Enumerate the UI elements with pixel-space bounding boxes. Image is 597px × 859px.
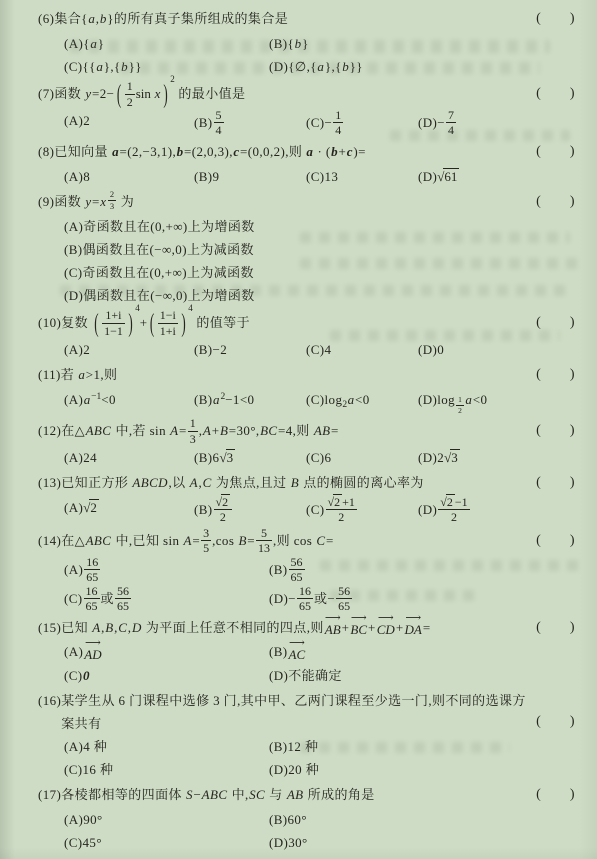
option-D: (D)30° [269,831,575,854]
radical: √2 [216,495,231,509]
option-label: (B) [194,115,213,130]
answer-bracket: ( ) [528,140,575,165]
question-number: (16) [38,689,61,712]
option-D: (D)log12a<0 [418,388,575,415]
option-label: (C) [64,59,83,74]
option-D: (D)0 [418,338,575,361]
option-C: (C)−14 [306,109,418,138]
exam-paper-page: (6)集合{a,b}的所有真子集所组成的集合是( )(A){a}(B){b}(C… [0,0,597,859]
option-D: (D)−1665或−5665 [269,585,575,614]
option-label: (B) [269,562,288,577]
fraction: 23 [108,190,116,211]
options: (A)√2(B)√22(C)√2+12(D)√2−12 [38,496,575,525]
question-text: 函数 y=x23 为 [54,190,134,213]
option-C: (C)log2a<0 [306,388,418,415]
option-label: (D) [64,288,83,303]
option-B: (B)9 [194,165,306,188]
option-A: (A){a} [64,32,269,55]
option-C: (C)0 [64,664,269,687]
option-B: (B)√22 [194,496,306,525]
radical: √2 [328,495,343,509]
option-A: (A)2 [64,109,194,138]
question-8: (8)已知向量 a=(2,−3,1),b=(2,0,3),c=(0,0,2),则… [38,140,575,188]
option-D: (D)20 种 [269,758,575,781]
option-label: (C) [64,762,83,777]
option-label: (A) [64,219,83,234]
option-A: (A)8 [64,165,194,188]
answer-bracket: ( ) [528,783,575,808]
option-A: (A)24 [64,446,194,469]
option-label: (A) [64,113,83,128]
option-label: (A) [64,392,83,407]
fraction: 13 [188,417,198,446]
fraction: √22 [214,496,233,525]
option-label: (B) [194,450,213,465]
option-label: (A) [64,36,83,51]
option-label: (A) [64,169,83,184]
option-label: (A) [64,644,83,659]
question-text: 已知正方形 ABCD,以 A,C 为焦点,且过 B 点的椭圆的离心率为 [61,471,424,494]
option-label: (D) [418,169,437,184]
question-stem: (6)集合{a,b}的所有真子集所组成的集合是( ) [38,7,575,32]
question-14: (14)在△ABC 中,已知 sin A=35,cos B=513,则 cos … [38,527,575,614]
question-15: (15)已知 A,B,C,D 为平面上任意不相同的四点,则⟶AB+⟶BC+⟶CD… [38,616,575,687]
option-D: (D)√61 [418,165,575,188]
option-label: (D) [418,502,437,517]
option-A: (A)4 种 [64,735,269,758]
option-label: (B) [194,392,213,407]
option-label: (C) [306,450,325,465]
fraction: 1665 [297,585,313,614]
question-17: (17)各棱都相等的四面体 S−ABC 中,SC 与 AB 所成的角是( )(A… [38,783,575,854]
option-label: (A) [64,450,83,465]
answer-bracket: ( ) [528,82,575,107]
options: (A)1665(B)5665(C)1665或5665(D)−1665或−5665 [38,556,575,614]
question-text: 在△ABC 中,若 sin A=13,A+B=30°,BC=4,则 AB= [61,417,338,446]
option-A: (A)√2 [64,496,194,525]
fraction: 14 [333,109,343,138]
option-label: (B) [194,342,213,357]
option-B: (B)60° [269,808,575,831]
vector: ⟶DA [405,616,422,637]
question-text: 若 a>1,则 [61,363,118,386]
option-B: (B)−2 [194,338,306,361]
radical: √3 [219,450,235,465]
question-text: 集合{a,b}的所有真子集所组成的集合是 [54,7,288,30]
option-C: (C)1665或5665 [64,585,269,614]
option-D: (D)2√3 [418,446,575,469]
option-label: (D) [269,668,288,683]
options: (A)⟶AD(B)⟶AC(C)0(D)不能确定 [38,640,575,686]
question-text: 某学生从 6 门课程中选修 3 门,其中甲、乙两门课程至少选一门,则不同的选课方… [61,689,528,735]
answer-bracket: ( ) [528,529,575,554]
answer-bracket: ( ) [528,419,575,444]
options: (A)a−1<0(B)a2−1<0(C)log2a<0(D)log12a<0 [38,388,575,415]
options: (A)2(B)−2(C)4(D)0 [38,338,575,361]
option-C: (C)13 [306,165,418,188]
vector: ⟶CD [377,616,395,637]
radical: √3 [444,450,460,465]
question-text: 已知向量 a=(2,−3,1),b=(2,0,3),c=(0,0,2),则 a … [54,140,366,163]
option-label: (B) [194,169,213,184]
option-label: (D) [418,115,437,130]
radical: √2 [83,500,99,515]
option-D: (D)−74 [418,109,575,138]
fraction: 54 [214,109,224,138]
option-label: (A) [64,812,83,827]
option-label: (C) [306,115,325,130]
question-stem: (10)复数 (1+i1−1)4+(1−i1+i)4 的值等于( ) [38,309,575,338]
option-A: (A)1665 [64,556,269,585]
question-text: 各棱都相等的四面体 S−ABC 中,SC 与 AB 所成的角是 [61,783,374,806]
answer-bracket: ( ) [528,190,575,215]
question-list: (6)集合{a,b}的所有真子集所组成的集合是( )(A){a}(B){b}(C… [38,7,575,854]
question-number: (11) [38,363,61,386]
question-16: (16)某学生从 6 门课程中选修 3 门,其中甲、乙两门课程至少选一门,则不同… [38,689,575,782]
question-number: (14) [38,529,61,552]
option-C: (C)√2+12 [306,496,418,525]
options: (A)24(B)6√3(C)6(D)2√3 [38,446,575,469]
answer-bracket: ( ) [528,616,575,641]
question-stem: (13)已知正方形 ABCD,以 A,C 为焦点,且过 B 点的椭圆的离心率为(… [38,471,575,496]
option-C: (C)6 [306,446,418,469]
option-label: (B) [269,36,288,51]
question-10: (10)复数 (1+i1−1)4+(1−i1+i)4 的值等于( )(A)2(B… [38,309,575,361]
option-label: (C) [64,835,83,850]
option-label: (B) [269,739,288,754]
option-label: (B) [64,242,83,257]
fraction: 12 [456,396,464,415]
answer-bracket: ( ) [528,710,575,735]
option-A: (A)a−1<0 [64,388,194,415]
option-A: (A)⟶AD [64,640,269,663]
question-text: 复数 (1+i1−1)4+(1−i1+i)4 的值等于 [61,309,250,338]
option-D: (D)偶函数且在(−∞,0)上为增函数 [64,284,575,307]
vector: ⟶BC [350,616,367,637]
option-label: (B) [269,812,288,827]
option-label: (D) [269,591,288,606]
option-label: (A) [64,342,83,357]
option-label: (D) [418,392,437,407]
option-B: (B)⟶AC [269,640,575,663]
fraction: 1+i1−1 [102,309,125,338]
option-B: (B)5665 [269,556,575,585]
fraction: 1665 [84,585,100,614]
option-C: (C)16 种 [64,758,269,781]
question-stem: (12)在△ABC 中,若 sin A=13,A+B=30°,BC=4,则 AB… [38,417,575,446]
question-number: (12) [38,419,61,442]
fraction: 5665 [336,585,352,614]
option-label: (A) [64,739,83,754]
question-6: (6)集合{a,b}的所有真子集所组成的集合是( )(A){a}(B){b}(C… [38,7,575,78]
option-B: (B)6√3 [194,446,306,469]
question-stem: (8)已知向量 a=(2,−3,1),b=(2,0,3),c=(0,0,2),则… [38,140,575,165]
option-C: (C)4 [306,338,418,361]
option-B: (B)12 种 [269,735,575,758]
option-label: (C) [306,392,325,407]
question-number: (10) [38,311,61,334]
answer-bracket: ( ) [528,471,575,496]
fraction: √2−12 [438,496,469,525]
vector: ⟶AD [84,641,101,662]
option-label: (C) [306,502,325,517]
fraction: 12 [125,80,135,109]
vector: ⟶AC [289,641,306,662]
question-number: (8) [38,140,54,163]
radical: √61 [437,169,459,184]
question-12: (12)在△ABC 中,若 sin A=13,A+B=30°,BC=4,则 AB… [38,417,575,469]
option-label: (C) [64,591,83,606]
question-9: (9)函数 y=x23 为( )(A)奇函数且在(0,+∞)上为增函数(B)偶函… [38,190,575,307]
option-B: (B)偶函数且在(−∞,0)上为减函数 [64,238,575,261]
options: (A)90°(B)60°(C)45°(D)30° [38,808,575,854]
question-7: (7)函数 y=2−(12sin x)2 的最小值是( )(A)2(B)54(C… [38,80,575,138]
fraction: 5665 [115,585,131,614]
question-text: 函数 y=2−(12sin x)2 的最小值是 [54,80,245,109]
option-B: (B){b} [269,32,575,55]
option-label: (A) [64,500,83,515]
option-label: (B) [194,502,213,517]
option-C: (C)奇函数且在(0,+∞)上为减函数 [64,261,575,284]
option-C: (C)45° [64,831,269,854]
option-label: (C) [306,169,325,184]
options: (A)8(B)9(C)13(D)√61 [38,165,575,188]
option-label: (D) [418,450,437,465]
fraction: √2+12 [326,496,357,525]
question-number: (13) [38,471,61,494]
question-stem: (14)在△ABC 中,已知 sin A=35,cos B=513,则 cos … [38,527,575,556]
question-stem: (9)函数 y=x23 为( ) [38,190,575,215]
option-A: (A)90° [64,808,269,831]
option-label: (B) [269,644,288,659]
options: (A)奇函数且在(0,+∞)上为增函数(B)偶函数且在(−∞,0)上为减函数(C… [38,215,575,308]
question-number: (6) [38,7,54,30]
radical: √2 [440,495,455,509]
question-number: (15) [38,616,61,639]
option-label: (D) [418,342,437,357]
option-label: (C) [306,342,325,357]
question-text: 在△ABC 中,已知 sin A=35,cos B=513,则 cos C= [61,527,333,556]
answer-bracket: ( ) [528,7,575,32]
option-label: (C) [64,265,83,280]
question-13: (13)已知正方形 ABCD,以 A,C 为焦点,且过 B 点的椭圆的离心率为(… [38,471,575,525]
option-D: (D)√2−12 [418,496,575,525]
fraction: 1665 [84,556,100,585]
answer-bracket: ( ) [528,363,575,388]
fraction: 74 [446,109,456,138]
question-stem: (15)已知 A,B,C,D 为平面上任意不相同的四点,则⟶AB+⟶BC+⟶CD… [38,616,575,641]
question-stem: (17)各棱都相等的四面体 S−ABC 中,SC 与 AB 所成的角是( ) [38,783,575,808]
option-label: (D) [269,59,288,74]
question-number: (7) [38,82,54,105]
fraction: 1−i1+i [158,309,178,338]
option-A: (A)奇函数且在(0,+∞)上为增函数 [64,215,575,238]
fraction: 513 [256,527,272,556]
option-B: (B)a2−1<0 [194,388,306,415]
option-D: (D){∅,{a},{b}} [269,55,575,78]
option-B: (B)54 [194,109,306,138]
question-number: (17) [38,783,61,806]
answer-bracket: ( ) [528,311,575,336]
options: (A)4 种(B)12 种(C)16 种(D)20 种 [38,735,575,781]
question-stem: (7)函数 y=2−(12sin x)2 的最小值是( ) [38,80,575,109]
fraction: 35 [201,527,211,556]
vector: ⟶AB [325,616,341,637]
question-stem: (16)某学生从 6 门课程中选修 3 门,其中甲、乙两门课程至少选一门,则不同… [38,689,575,735]
option-D: (D)不能确定 [269,664,575,687]
option-label: (D) [269,835,288,850]
option-label: (C) [64,668,83,683]
option-label: (D) [269,762,288,777]
option-label: (A) [64,562,83,577]
question-11: (11)若 a>1,则( )(A)a−1<0(B)a2−1<0(C)log2a<… [38,363,575,415]
fraction: 5665 [289,556,305,585]
question-number: (9) [38,190,54,213]
question-stem: (11)若 a>1,则( ) [38,363,575,388]
question-text: 已知 A,B,C,D 为平面上任意不相同的四点,则⟶AB+⟶BC+⟶CD+⟶DA… [61,616,430,639]
